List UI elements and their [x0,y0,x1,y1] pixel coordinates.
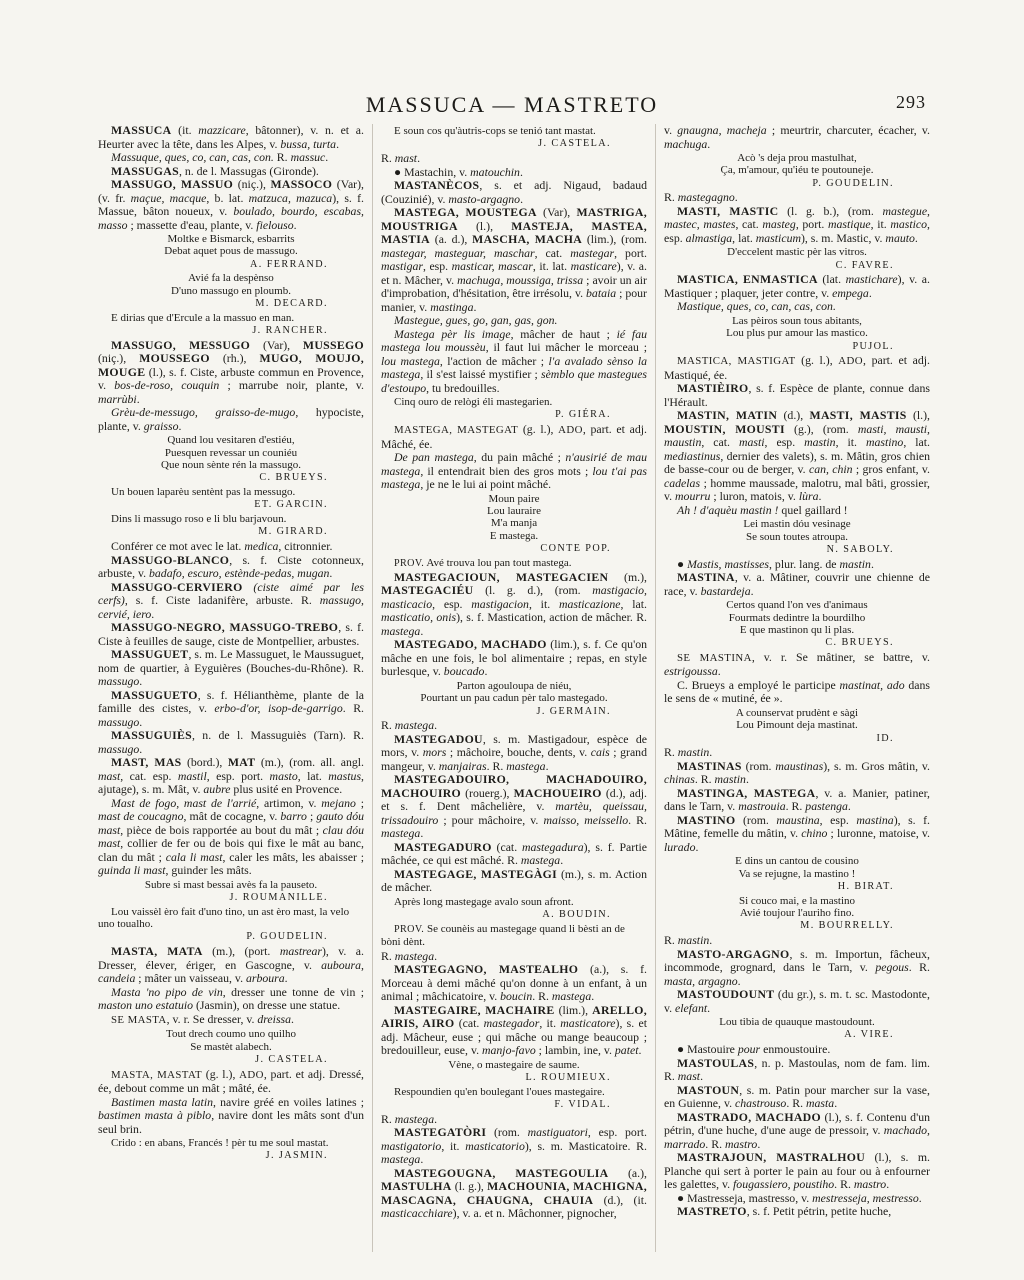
continuation-paragraph: R. mastega. [381,950,647,964]
attribution: F. VIDAL. [381,1099,647,1111]
dictionary-entry: MASTINAS (rom. maustinas), s. m. Gros mâ… [664,760,930,787]
quote-line: Lou vaissèl èro fait d'uno tino, un ast … [98,906,364,931]
dictionary-entry: MASSUGO-CERVIERO (ciste aimé par les cer… [98,581,364,622]
dictionary-entry: MASTA, MATA (m.), (port. mastrear), v. a… [98,945,364,986]
dictionary-entry: Mastegue, gues, go, gan, gas, gon. [381,314,647,328]
verse-quote: Avié fa la despènsoD'uno massugo en plou… [98,272,364,297]
verse-quote: A counservat prudènt e sàgiLou Pimount d… [664,707,930,732]
verse-quote: Certos quand l'on ves d'animausFourmats … [664,599,930,636]
dictionary-entry: MASSUGUETO, s. f. Hélianthème, plante de… [98,689,364,730]
verse-quote: Vène, o mastegaire de saume. [381,1059,647,1071]
page-number: 293 [896,92,926,113]
attribution: J. RANCHER. [98,325,364,337]
dictionary-entry: MASTOUDOUNT (du gr.), s. m. t. sc. Masto… [664,988,930,1015]
dictionary-entry: MASTINO (rom. maustina, esp. mastina), s… [664,814,930,855]
dictionary-entry: MASTO-ARGAGNO, s. m. Importun, fâcheux, … [664,948,930,989]
dictionary-entry: MASTIN, MATIN (d.), MASTI, MASTIS (l.), … [664,409,930,504]
running-head-title: MASSUCA — MASTRETO [95,92,929,118]
verse-quote: Si couco mai, e la mastinoAvié toujour l… [664,895,930,920]
dictionary-entry: MASSUGO, MESSUGO (Var), MUSSEGO (niç.), … [98,339,364,407]
dictionary-entry: MASTOUN, s. m. Patin pour marcher sur la… [664,1084,930,1111]
dictionary-entry: MASTICA, ENMASTICA (lat. mastichare), v.… [664,273,930,300]
dictionary-entry: MASTANÈCOS, s. et adj. Nigaud, badaud (C… [381,179,647,206]
quote-line: PROV. Se counèis au mastegage quand li b… [381,923,647,949]
attribution: H. BIRAT. [664,881,930,893]
dictionary-entry: MASTINA, v. a. Mâtiner, couvrir une chie… [664,571,930,598]
quote-line: E dirias que d'Ercule a la massuo en man… [98,312,364,324]
dictionary-entry: Grèu-de-messugo, graisso-de-mugo, hypoci… [98,406,364,433]
quote-line: Dins li massugo roso e li blu barjavoun. [98,513,364,525]
verse-quote: Las pèiros soun tous abitants,Lou plus p… [664,315,930,340]
text-column-1: MASSUCA (it. mazzicare, bâtonner), v. n.… [90,124,372,1252]
continuation-paragraph: R. mastegagno. [664,191,930,205]
attribution: M. GIRARD. [98,526,364,538]
quote-line: PROV. Avé trouva lou pan tout mastega. [381,557,647,570]
text-column-3: v. gnaugna, macheja ; meurtrir, charcute… [655,124,938,1252]
dictionary-entry: MASTEGATÒRI (rom. mastiguatori, esp. por… [381,1126,647,1167]
verse-quote: Tout drech coumo uno quilhoSe mastèt ala… [98,1028,364,1053]
attribution: C. FAVRE. [664,260,930,272]
attribution: C. BRUEYS. [664,637,930,649]
dictionary-entry: Mastique, ques, co, can, cas, con. [664,300,930,314]
dictionary-entry: SE MASTINA, v. r. Se mâtiner, se battre,… [664,651,930,679]
text-column-2: E soun cos qu'àutris-cops se tenió tant … [372,124,655,1252]
dictionary-entry: MASTRAJOUN, MASTRALHOU (l.), s. m. Planc… [664,1151,930,1192]
dictionary-entry: MASSUGAS, n. de l. Massugas (Gironde). [98,165,364,179]
dictionary-entry: MASSUGUIÈS, n. de l. Massuguiès (Tarn). … [98,729,364,756]
dictionary-entry: MASTIÈIRO, s. f. Espèce de plante, connu… [664,382,930,409]
dictionary-entry: MASTEGACIOUN, MASTEGACIEN (m.), MASTEGAC… [381,571,647,639]
dictionary-entry: De pan mastega, du pain mâché ; n'ausiri… [381,451,647,492]
quote-line: Respoundien qu'en boulegant l'oues maste… [381,1086,647,1098]
dictionary-entry: ● Mastis, mastisses, plur. lang. de mast… [664,558,930,572]
dictionary-entry: MASTI, MASTIC (l. g. b.), (rom. mastegue… [664,205,930,246]
dictionary-entry: MASSUGO-BLANCO, s. f. Ciste cotonneux, a… [98,554,364,581]
dictionary-entry: MASTRETO, s. f. Petit pétrin, petite huc… [664,1205,930,1219]
attribution: ET. GARCIN. [98,499,364,511]
dictionary-entry: MASTA, MASTAT (g. l.), ADO, part. et adj… [98,1068,364,1096]
attribution: ID. [664,733,930,745]
dictionary-entry: MASTEGADOUIRO, MACHADOUIRO, MACHOUIRO (r… [381,773,647,841]
dictionary-entry: ● Mastresseja, mastresso, v. mestresseja… [664,1192,930,1206]
dictionary-entry: MASTRADO, MACHADO (l.), s. f. Contenu d'… [664,1111,930,1152]
dictionary-entry: MASSUGUET, s. m. Le Massuguet, le Maussu… [98,648,364,689]
verse-quote: Moun paireLou lauraireM'a manjaE mastega… [381,493,647,542]
dictionary-entry: Massuque, ques, co, can, cas, con. R. ma… [98,151,364,165]
attribution: P. GIÉRA. [381,409,647,421]
dictionary-entry: MASTEGADURO (cat. mastegadura), s. f. Pa… [381,841,647,868]
quote-line: Cinq ouro de relògi éli mastegarien. [381,396,647,408]
verse-quote: Acò 's deja prou mastulhat,Ça, m'amour, … [664,152,930,177]
dictionary-entry: MASTEGAGE, MASTEGÀGI (m.), s. m. Action … [381,868,647,895]
verse-quote: D'eccelent mastic pèr las vitros. [664,246,930,258]
dictionary-entry: MASTEGADO, MACHADO (lim.), s. f. Ce qu'o… [381,638,647,679]
attribution: CONTE POP. [381,543,647,555]
dictionary-entry: MAST, MAS (bord.), MAT (m.), (rom. all. … [98,756,364,797]
attribution: A. VIRE. [664,1029,930,1041]
dictionary-entry: MASTEGADOU, s. m. Mastigadour, espèce de… [381,733,647,774]
page-content: MASSUCA (it. mazzicare, bâtonner), v. n.… [90,124,938,1252]
dictionary-entry: Masta 'no pipo de vin, dresser une tonne… [98,986,364,1013]
dictionary-entry: MASTOULAS, n. p. Mastoulas, nom de fam. … [664,1057,930,1084]
dictionary-entry: Mastega pèr lis image, mâcher de haut ; … [381,328,647,396]
attribution: P. GOUDELIN. [98,931,364,943]
continuation-paragraph: R. mastega. [381,1113,647,1127]
verse-quote: Moltke e Bismarck, esbarritsDebat aquet … [98,233,364,258]
dictionary-page: MASSUCA — MASTRETO 293 MASSUCA (it. mazz… [0,0,1024,1280]
dictionary-entry: SE MASTA, v. r. Se dresser, v. dreissa. [98,1013,364,1028]
dictionary-entry: Ah ! d'aquèu mastin ! quel gaillard ! [664,504,930,518]
attribution: P. GOUDELIN. [664,178,930,190]
attribution: J. JASMIN. [98,1150,364,1162]
dictionary-entry: MASSUGO, MASSUO (niç.), MASSOCO (Var), (… [98,178,364,232]
quote-line: Un bouen laparèu sentènt pas la messugo. [98,486,364,498]
dictionary-entry: MASTEGOUGNA, MASTEGOULIA (a.), MASTULHA … [381,1167,647,1221]
verse-quote: Subre si mast bessai avès fa la pauseto. [98,879,364,891]
attribution: J. CASTELA. [98,1054,364,1066]
dictionary-entry: MASTICA, MASTIGAT (g. l.), ADO, part. et… [664,354,930,382]
dictionary-entry: MASSUGO-NEGRO, MASSUGO-TREBO, s. f. Cist… [98,621,364,648]
attribution: A. BOUDIN. [381,909,647,921]
continuation-paragraph: R. mastin. [664,746,930,760]
attribution: J. ROUMANILLE. [98,892,364,904]
quote-line: Crido : en abans, Francés ! pèr tu me so… [98,1137,364,1149]
continuation-paragraph: v. gnaugna, macheja ; meurtrir, charcute… [664,124,930,151]
dictionary-entry: MASTINGA, MASTEGA, v. a. Manier, patiner… [664,787,930,814]
dictionary-entry: Mast de fogo, mast de l'arrié, artimon, … [98,797,364,878]
attribution: PUJOL. [664,341,930,353]
dictionary-entry: MASTEGAIRE, MACHAIRE (lim.), ARELLO, AIR… [381,1004,647,1058]
verse-quote: Parton agouloupa de niéu,Pourtant un pau… [381,680,647,705]
verse-quote: Quand lou vesitaren d'estiéu,Puesquen re… [98,434,364,471]
verse-quote: E dins un cantou de cousinoVa se rejugne… [664,855,930,880]
attribution: A. FERRAND. [98,259,364,271]
attribution: N. SABOLY. [664,544,930,556]
attribution: C. BRUEYS. [98,472,364,484]
dictionary-entry: MASSUCA (it. mazzicare, bâtonner), v. n.… [98,124,364,151]
attribution: M. BOURRELLY. [664,920,930,932]
dictionary-entry: MASTEGA, MOUSTEGA (Var), MASTRIGA, MOUST… [381,206,647,314]
continuation-paragraph: R. mastin. [664,934,930,948]
dictionary-entry: MASTEGA, MASTEGAT (g. l.), ADO, part. et… [381,423,647,451]
dictionary-entry: ● Mastachin, v. matouchin. [381,166,647,180]
quote-line: Après long mastegage avalo soun afront. [381,896,647,908]
continuation-paragraph: R. mast. [381,152,647,166]
attribution: M. DECARD. [98,298,364,310]
attribution: L. ROUMIEUX. [381,1072,647,1084]
quote-line: E soun cos qu'àutris-cops se tenió tant … [381,125,647,137]
attribution: J. GERMAIN. [381,706,647,718]
dictionary-entry: Conférer ce mot avec le lat. medica, cit… [98,540,364,554]
dictionary-entry: Bastimen masta latin, navire gréé en voi… [98,1096,364,1137]
dictionary-entry: C. Brueys a employé le participe mastina… [664,679,930,706]
dictionary-entry: MASTEGAGNO, MASTEALHO (a.), s. f. Morcea… [381,963,647,1004]
dictionary-entry: ● Mastouire pour enmoustouire. [664,1043,930,1057]
verse-quote: Lei mastin dóu vesinageSe soun toutes at… [664,518,930,543]
verse-quote: Lou tibia de quauque mastoudount. [664,1016,930,1028]
continuation-paragraph: R. mastega. [381,719,647,733]
attribution: J. CASTELA. [381,138,647,150]
